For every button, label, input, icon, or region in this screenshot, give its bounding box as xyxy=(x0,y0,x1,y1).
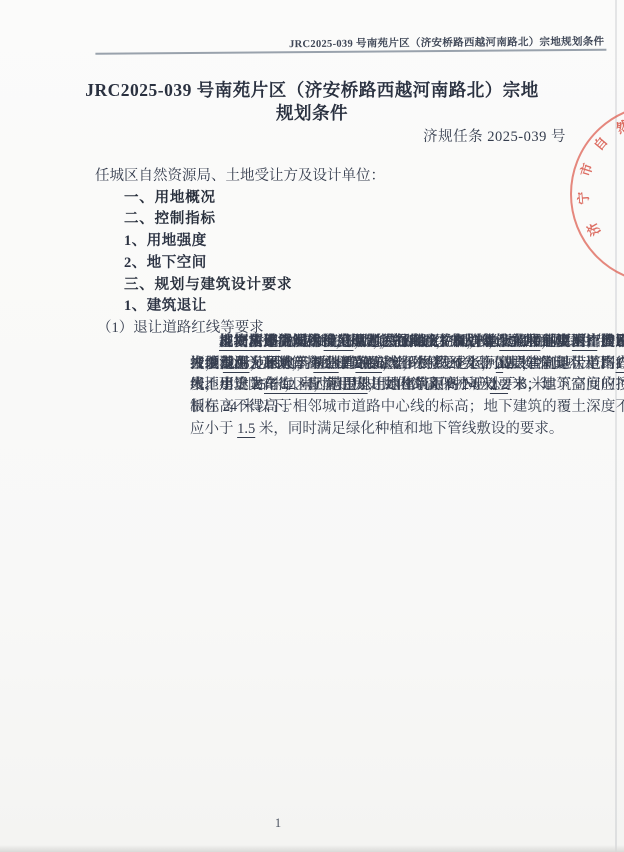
section-heading: 一、用地概况 xyxy=(95,188,535,210)
text-run: 二、控制指标 xyxy=(124,211,216,227)
document-body: 任城区自然资源局、土地受让方及设计单位：根据法律法规和有关规定，提出以下规划条件… xyxy=(95,166,535,340)
sub-heading: 1、建筑退让 xyxy=(95,296,535,318)
text-run: 米，同时满足绿化种植和地下管线敷设的要求。 xyxy=(255,421,563,437)
stamp-character: 自 xyxy=(590,133,613,156)
stamp-character: 济 xyxy=(583,218,605,240)
document-title-line1: JRC2025-039 号南苑片区（济安桥路西越河南路北）宗地 xyxy=(52,79,572,102)
text-run: 2、地下空间 xyxy=(124,255,207,271)
scan-bottom-shadow xyxy=(0,845,624,852)
page-header: JRC2025-039 号南苑片区（济安桥路西越河南路北）宗地规划条件 xyxy=(0,0,624,2)
text-run: 任城区自然资源局、土地受让方及设计单位： xyxy=(95,168,385,184)
document-title-line2: 规划条件 xyxy=(52,102,572,125)
doc-number: 济规任条 2025-039 号 xyxy=(423,125,566,146)
text-run: 1、用地强度 xyxy=(124,233,207,249)
paragraph: 越河南路为城市支路，道路红线 15 米，低、多层建筑退让道路红线不小于 8 米，… xyxy=(190,332,624,375)
underlined-value: 越河南路 xyxy=(219,334,279,350)
text-run: 一、用地概况 xyxy=(124,190,216,206)
stamp-character: 宁 xyxy=(575,189,592,206)
document-page: JRC2025-039 号南苑片区（济安桥路西越河南路北）宗地规划条件 JRC2… xyxy=(0,0,624,852)
section-heading: 三、规划与建筑设计要求 xyxy=(95,275,535,297)
document-title: JRC2025-039 号南苑片区（济安桥路西越河南路北）宗地 规划条件 xyxy=(52,79,572,124)
section-heading: 二、控制指标 xyxy=(95,209,535,231)
stamp-character: 然 xyxy=(612,116,624,138)
underlined-value: 1.5 xyxy=(237,421,255,437)
page-number: 1 xyxy=(258,816,298,831)
text-run: 1、建筑退让 xyxy=(124,298,207,314)
text-run: 三、规划与建筑设计要求 xyxy=(124,277,292,293)
sub-heading: 1、用地强度 xyxy=(95,231,535,253)
sub-heading: 2、地下空间 xyxy=(95,253,535,275)
stamp-character: 市 xyxy=(577,160,597,180)
salutation-line: 任城区自然资源局、土地受让方及设计单位： xyxy=(95,166,535,188)
